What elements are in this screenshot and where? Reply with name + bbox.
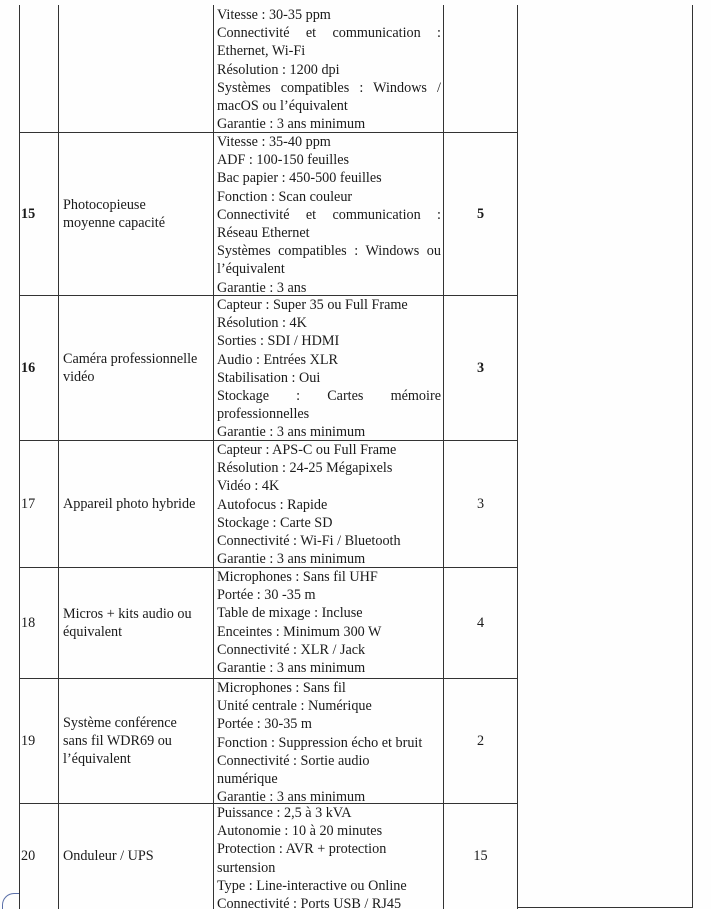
spec-line: Garantie : 3 ans bbox=[217, 279, 441, 297]
spec-line: Puissance : 2,5 à 3 kVA bbox=[217, 804, 441, 822]
spec-line: macOS ou l’équivalent bbox=[217, 97, 441, 115]
row-number: 20 bbox=[20, 804, 58, 909]
row-number: 15 bbox=[20, 133, 58, 295]
designation-line: sans fil WDR69 ou bbox=[63, 732, 177, 750]
spec-line: Résolution : 4K bbox=[217, 314, 441, 332]
row-specifications: Puissance : 2,5 à 3 kVAAutonomie : 10 à … bbox=[214, 804, 443, 909]
designation-line: Onduleur / UPS bbox=[63, 847, 154, 865]
document-page: Vitesse : 30-35 ppmConnectivité et commu… bbox=[0, 0, 711, 909]
spec-line: Résolution : 24-25 Mégapixels bbox=[217, 459, 441, 477]
row-quantity bbox=[444, 6, 517, 132]
row-number bbox=[20, 6, 58, 132]
row-specifications: Vitesse : 35-40 ppmADF : 100-150 feuille… bbox=[214, 133, 443, 295]
spec-line: Stabilisation : Oui bbox=[217, 369, 441, 387]
row-specifications: Capteur : Super 35 ou Full FrameRésoluti… bbox=[214, 296, 443, 440]
spec-line: Garantie : 3 ans minimum bbox=[217, 115, 441, 133]
row-specifications: Microphones : Sans filUnité centrale : N… bbox=[214, 679, 443, 803]
spec-line: Garantie : 3 ans minimum bbox=[217, 423, 441, 441]
spec-line: Stockage : Carte SD bbox=[217, 514, 441, 532]
spec-line: Unité centrale : Numérique bbox=[217, 697, 441, 715]
spec-line: Connectivité et communication : bbox=[217, 24, 441, 42]
row-quantity: 3 bbox=[444, 296, 517, 440]
spec-line: Enceintes : Minimum 300 W bbox=[217, 623, 441, 641]
row-designation bbox=[59, 6, 213, 132]
spec-line: Type : Line-interactive ou Online bbox=[217, 877, 441, 895]
designation-line: Système conférence bbox=[63, 714, 177, 732]
row-designation: Système conférencesans fil WDR69 oul’équ… bbox=[59, 679, 213, 803]
spec-line: Table de mixage : Incluse bbox=[217, 604, 441, 622]
row-number: 18 bbox=[20, 568, 58, 678]
row-designation: Micros + kits audio ouéquivalent bbox=[59, 568, 213, 678]
designation-line: Caméra professionnelle bbox=[63, 350, 197, 368]
spec-line: Autofocus : Rapide bbox=[217, 496, 441, 514]
spec-line: Garantie : 3 ans minimum bbox=[217, 550, 441, 568]
spec-line: Garantie : 3 ans minimum bbox=[217, 659, 441, 677]
row-designation: Appareil photo hybride bbox=[59, 441, 213, 567]
spec-line: Vitesse : 30-35 ppm bbox=[217, 6, 441, 24]
spec-line: Stockage : Cartes mémoire bbox=[217, 387, 441, 405]
spec-line: Connectivité : Ports USB / RJ45 bbox=[217, 895, 441, 909]
row-quantity: 15 bbox=[444, 804, 517, 909]
spec-line: Connectivité : XLR / Jack bbox=[217, 641, 441, 659]
row-specifications: Capteur : APS-C ou Full FrameRésolution … bbox=[214, 441, 443, 567]
spec-line: Protection : AVR + protection bbox=[217, 840, 441, 858]
row-designation: Onduleur / UPS bbox=[59, 804, 213, 909]
spec-line: Bac papier : 450-500 feuilles bbox=[217, 169, 441, 187]
row-quantity: 2 bbox=[444, 679, 517, 803]
row-number: 16 bbox=[20, 296, 58, 440]
spec-line: Fonction : Scan couleur bbox=[217, 188, 441, 206]
handwritten-mark bbox=[2, 893, 19, 909]
spec-line: Réseau Ethernet bbox=[217, 224, 441, 242]
designation-line: Appareil photo hybride bbox=[63, 495, 195, 513]
spec-line: Résolution : 1200 dpi bbox=[217, 61, 441, 79]
spec-line: professionnelles bbox=[217, 405, 441, 423]
designation-line: équivalent bbox=[63, 623, 192, 641]
row-designation: Photocopieusemoyenne capacité bbox=[59, 133, 213, 295]
row-quantity: 3 bbox=[444, 441, 517, 567]
row-quantity: 4 bbox=[444, 568, 517, 678]
designation-line: Photocopieuse bbox=[63, 196, 165, 214]
row-number: 19 bbox=[20, 679, 58, 803]
spec-line: l’équivalent bbox=[217, 260, 441, 278]
spec-line: Ethernet, Wi-Fi bbox=[217, 42, 441, 60]
designation-line: Micros + kits audio ou bbox=[63, 605, 192, 623]
designation-line: moyenne capacité bbox=[63, 214, 165, 232]
spec-line: Portée : 30-35 m bbox=[217, 715, 441, 733]
spec-line: Autonomie : 10 à 20 minutes bbox=[217, 822, 441, 840]
table-column-border bbox=[517, 5, 518, 909]
row-specifications: Vitesse : 30-35 ppmConnectivité et commu… bbox=[214, 6, 443, 132]
spec-line: Systèmes compatibles : Windows ou bbox=[217, 242, 441, 260]
spec-line: numérique bbox=[217, 770, 441, 788]
spec-line: Microphones : Sans fil bbox=[217, 679, 441, 697]
spec-line: Vitesse : 35-40 ppm bbox=[217, 133, 441, 151]
spec-line: surtension bbox=[217, 859, 441, 877]
spec-line: Audio : Entrées XLR bbox=[217, 351, 441, 369]
row-quantity: 5 bbox=[444, 133, 517, 295]
spec-line: Connectivité : Wi-Fi / Bluetooth bbox=[217, 532, 441, 550]
table-column-border bbox=[692, 5, 693, 908]
designation-line: vidéo bbox=[63, 368, 197, 386]
row-specifications: Microphones : Sans fil UHFPortée : 30 -3… bbox=[214, 568, 443, 678]
spec-line: Microphones : Sans fil UHF bbox=[217, 568, 441, 586]
spec-line: Portée : 30 -35 m bbox=[217, 586, 441, 604]
spec-line: Capteur : Super 35 ou Full Frame bbox=[217, 296, 441, 314]
row-designation: Caméra professionnellevidéo bbox=[59, 296, 213, 440]
spec-line: Connectivité et communication : bbox=[217, 206, 441, 224]
spec-line: Sorties : SDI / HDMI bbox=[217, 332, 441, 350]
spec-line: Connectivité : Sortie audio bbox=[217, 752, 441, 770]
spec-line: ADF : 100-150 feuilles bbox=[217, 151, 441, 169]
row-number: 17 bbox=[20, 441, 58, 567]
designation-line: l’équivalent bbox=[63, 750, 177, 768]
spec-line: Fonction : Suppression écho et bruit bbox=[217, 734, 441, 752]
spec-line: Systèmes compatibles : Windows / bbox=[217, 79, 441, 97]
spec-line: Capteur : APS-C ou Full Frame bbox=[217, 441, 441, 459]
table-row-border bbox=[517, 907, 693, 908]
spec-line: Vidéo : 4K bbox=[217, 477, 441, 495]
